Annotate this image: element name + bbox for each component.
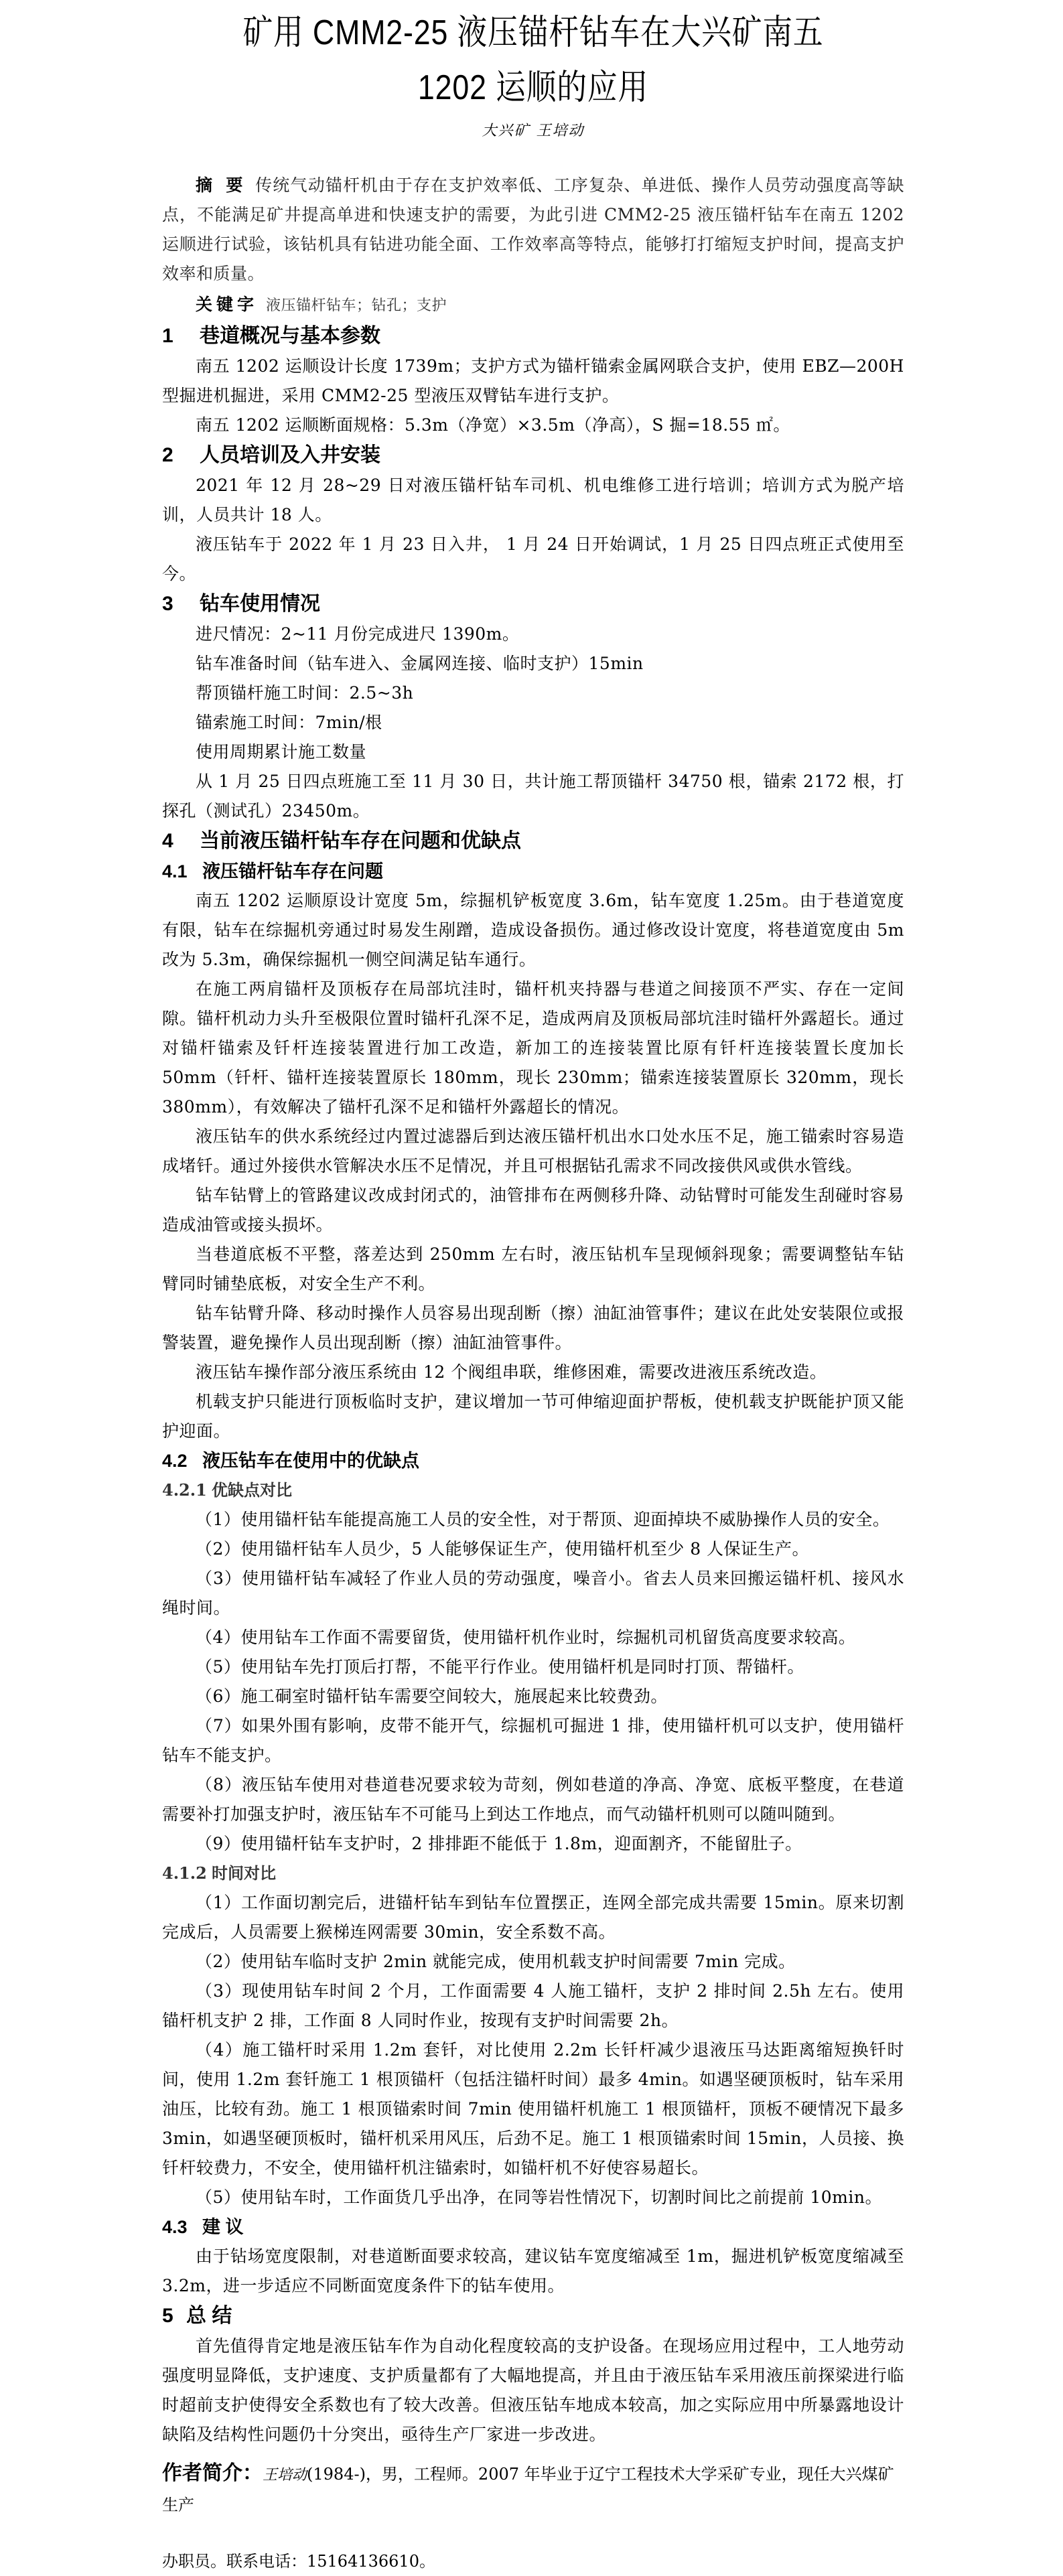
subsubsection-heading-4-2-1: 4.2.1优缺点对比 bbox=[162, 1476, 904, 1505]
keywords-label: 关键字 bbox=[196, 295, 258, 314]
paragraph: 使用周期累计施工数量 bbox=[162, 737, 904, 767]
author-name: 王培动 bbox=[263, 2467, 307, 2484]
list-item: （3）使用锚杆钻车减轻了作业人员的劳动强度，噪音小。省去人员来回搬运锚杆机、接风… bbox=[162, 1564, 904, 1623]
paragraph: 钻车准备时间（钻车进入、金属网连接、临时支护）15min bbox=[162, 649, 904, 678]
list-item: （4）施工锚杆时采用 1.2m 套钎，对比使用 2.2m 长钎杆减少退液压马达距… bbox=[162, 2035, 904, 2183]
paragraph: 在施工两肩锚杆及顶板存在局部坑洼时，锚杆机夹持器与巷道之间接顶不严实、存在一定间… bbox=[162, 975, 904, 1122]
paragraph: 南五 1202 运顺设计长度 1739m；支护方式为锚杆锚索金属网联合支护，使用… bbox=[162, 352, 904, 411]
paragraph: 钻车钻臂升降、移动时操作人员容易出现刮断（擦）油缸油管事件；建议在此处安装限位或… bbox=[162, 1299, 904, 1358]
subsubsection-heading-4-1-2: 4.1.2时间对比 bbox=[162, 1859, 904, 1888]
paragraph: 液压钻车的供水系统经过内置过滤器后到达液压锚杆机出水口处水压不足，施工锚索时容易… bbox=[162, 1122, 904, 1181]
keywords-text: 液压锚杆钻车；钻孔；支护 bbox=[266, 297, 447, 314]
paragraph: 首先值得肯定地是液压钻车作为自动化程度较高的支护设备。在现场应用过程中，工人地劳… bbox=[162, 2332, 904, 2449]
list-item: （7）如果外围有影响，皮带不能开气，综掘机可掘进 1 排，使用锚杆机可以支护，使… bbox=[162, 1711, 904, 1770]
paragraph: 2021 年 12 月 28~29 日对液压锚杆钻车司机、机电维修工进行培训；培… bbox=[162, 471, 904, 530]
abstract-label: 摘 要 bbox=[196, 176, 247, 195]
abstract: 摘 要传统气动锚杆机由于存在支护效率低、工序复杂、单进低、操作人员劳动强度高等缺… bbox=[162, 171, 904, 289]
list-item: （8）液压钻车使用对巷道巷况要求较为苛刻，例如巷道的净高、净宽、底板平整度，在巷… bbox=[162, 1770, 904, 1829]
list-item: （2）使用锚杆钻车人员少，5 人能够保证生产，使用锚杆机至少 8 人保证生产。 bbox=[162, 1534, 904, 1564]
list-item: （9）使用锚杆钻车支护时，2 排排距不能低于 1.8m，迎面割齐，不能留肚子。 bbox=[162, 1829, 904, 1859]
list-item: （2）使用钻车临时支护 2min 就能完成，使用机载支护时间需要 7min 完成… bbox=[162, 1947, 904, 1977]
author-bio: 作者简介：王培动(1984-)，男，工程师。2007 年毕业于辽宁工程技术大学采… bbox=[162, 2459, 904, 2520]
section-heading-1: 1巷道概况与基本参数 bbox=[162, 321, 904, 352]
article-title: 矿用 CMM2-25 液压锚杆钻车在大兴矿南五 1202 运顺的应用 bbox=[180, 5, 887, 115]
title-line-1: 矿用 CMM2-25 液压锚杆钻车在大兴矿南五 bbox=[180, 5, 887, 60]
section-heading-5: 5总 结 bbox=[162, 2301, 904, 2332]
list-item: （5）使用钻车时，工作面货几乎出净，在同等岩性情况下，切割时间比之前提前 10m… bbox=[162, 2183, 904, 2212]
paragraph: 液压钻车操作部分液压系统由 12 个阀组串联，维修困难，需要改进液压系统改造。 bbox=[162, 1358, 904, 1387]
section-heading-2: 2人员培训及入井安装 bbox=[162, 440, 904, 471]
paragraph: 进尺情况：2~11 月份完成进尺 1390m。 bbox=[162, 620, 904, 649]
list-item: （6）施工硐室时锚杆钻车需要空间较大，施展起来比较费劲。 bbox=[162, 1682, 904, 1711]
paragraph: 从 1 月 25 日四点班施工至 11 月 30 日，共计施工帮顶锚杆 3475… bbox=[162, 767, 904, 826]
author-bio-contact: 办职员。联系电话：15164136610。 bbox=[162, 2547, 904, 2576]
subsection-heading-4-1: 4.1液压锚杆钻车存在问题 bbox=[162, 857, 904, 886]
paragraph: 锚索施工时间：7min/根 bbox=[162, 708, 904, 737]
paragraph: 液压钻车于 2022 年 1 月 23 日入井， 1 月 24 日开始调试，1 … bbox=[162, 530, 904, 589]
author-bio-label: 作者简介： bbox=[162, 2462, 263, 2484]
paragraph: 当巷道底板不平整，落差达到 250mm 左右时，液压钻机车呈现倾斜现象；需要调整… bbox=[162, 1240, 904, 1299]
abstract-text: 传统气动锚杆机由于存在支护效率低、工序复杂、单进低、操作人员劳动强度高等缺点，不… bbox=[162, 175, 904, 283]
list-item: （5）使用钻车先打顶后打帮，不能平行作业。使用锚杆机是同时打顶、帮锚杆。 bbox=[162, 1652, 904, 1682]
list-item: （3）现使用钻车时间 2 个月，工作面需要 4 人施工锚杆，支护 2 排时间 2… bbox=[162, 1977, 904, 2035]
section-heading-4: 4当前液压锚杆钻车存在问题和优缺点 bbox=[162, 826, 904, 857]
paragraph: 钻车钻臂上的管路建议改成封闭式的，油管排布在两侧移升降、动钻臂时可能发生刮碰时容… bbox=[162, 1181, 904, 1240]
paragraph: 由于钻场宽度限制，对巷道断面要求较高，建议钻车宽度缩减至 1m，掘进机铲板宽度缩… bbox=[162, 2242, 904, 2301]
paragraph: 南五 1202 运顺断面规格：5.3m（净宽）×3.5m（净高），S 掘=18.… bbox=[162, 411, 904, 440]
author-affiliation: 大兴矿 王培动 bbox=[162, 119, 904, 140]
section-heading-3: 3钻车使用情况 bbox=[162, 589, 904, 620]
paragraph: 帮顶锚杆施工时间：2.5~3h bbox=[162, 678, 904, 708]
list-item: （1）使用锚杆钻车能提高施工人员的安全性，对于帮顶、迎面掉块不威胁操作人员的安全… bbox=[162, 1505, 904, 1534]
document-page: 矿用 CMM2-25 液压锚杆钻车在大兴矿南五 1202 运顺的应用 大兴矿 王… bbox=[162, 0, 904, 2576]
title-line-2: 1202 运顺的应用 bbox=[180, 60, 887, 115]
subsection-heading-4-3: 4.3建 议 bbox=[162, 2212, 904, 2242]
keywords: 关键字液压锚杆钻车；钻孔；支护 bbox=[162, 290, 904, 321]
subsection-heading-4-2: 4.2液压钻车在使用中的优缺点 bbox=[162, 1446, 904, 1476]
paragraph: 机载支护只能进行顶板临时支护，建议增加一节可伸缩迎面护帮板，使机载支护既能护顶又… bbox=[162, 1387, 904, 1446]
paragraph: 南五 1202 运顺原设计宽度 5m，综掘机铲板宽度 3.6m，钻车宽度 1.2… bbox=[162, 886, 904, 975]
list-item: （1）工作面切割完后，进锚杆钻车到钻车位置摆正，连网全部完成共需要 15min。… bbox=[162, 1888, 904, 1947]
list-item: （4）使用钻车工作面不需要留货，使用锚杆机作业时，综掘机司机留货高度要求较高。 bbox=[162, 1623, 904, 1652]
